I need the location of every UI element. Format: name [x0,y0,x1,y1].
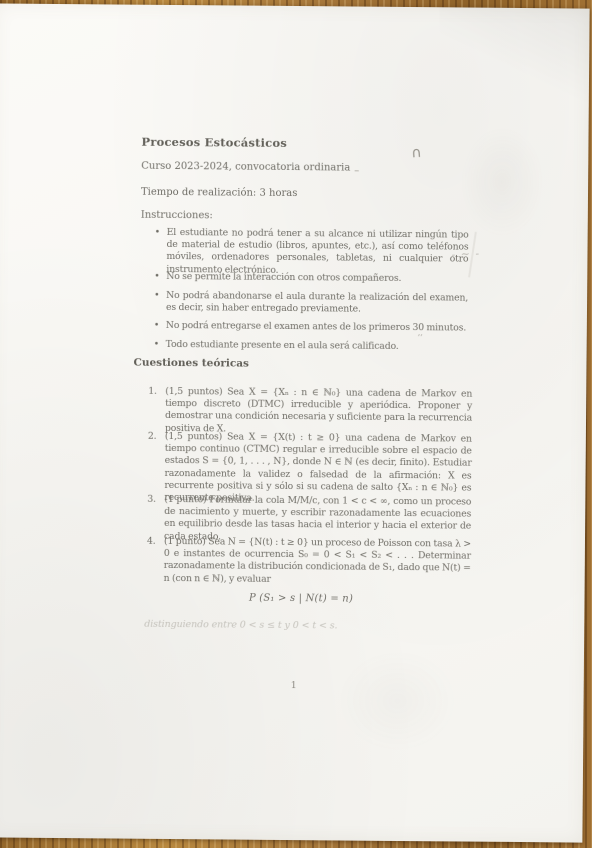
instruction-item: • No podrá abandonarse el aula durante l… [154,290,468,317]
question-item: 4. (1 punto) Sea N = {N(t) : t ≥ 0} un p… [147,536,471,588]
question-text: (1 punto) Sea N = {N(t) : t ≥ 0} un proc… [164,536,471,587]
bullet-icon: • [154,290,166,315]
exam-content: Procesos Estocásticos Curso 2023-2024, c… [0,0,592,848]
page-title: Procesos Estocásticos [141,135,287,150]
photo-of-exam-sheet: { "doc": { "title": "Procesos Estocástic… [0,0,592,848]
photo-smudge [327,640,468,761]
exam-paper: Procesos Estocásticos Curso 2023-2024, c… [0,3,590,842]
page-number: 1 [0,677,590,693]
instruction-item: • No se permite la interacción con otros… [154,271,468,286]
probability-formula: P (S₁ > s | N(t) = n) [138,592,463,606]
instruction-text: No podrá abandonarse el aula durante la … [166,290,468,317]
instructions-heading: Instrucciones: [141,210,213,222]
bullet-icon: • [154,339,166,351]
bullet-icon: • [154,320,166,332]
pencil-squiggle-mark: - ~ - [451,247,480,261]
course-line: Curso 2023-2024, convocatoria ordinaria [141,161,350,174]
question-number: 4. [147,536,164,585]
question-text: (1,5 puntos) Sea X = {Xₙ : n ∈ ℕ₀} una c… [165,386,472,437]
bullet-icon: • [154,227,166,276]
instruction-text: Todo estudiante presente en el aula será… [166,339,468,354]
question-item: 1. (1,5 puntos) Sea X = {Xₙ : n ∈ ℕ₀} un… [148,386,472,438]
instruction-text: No se permite la interacción con otros c… [166,271,468,286]
instruction-item: • Todo estudiante presente en el aula se… [154,339,468,354]
pencil-caret-mark: ∩ [411,145,422,162]
pencil-dash-mark: – [354,166,359,177]
case-note: distinguiendo entre 0 < s ≤ t y 0 < t < … [144,619,337,632]
section-heading: Cuestiones teóricas [133,357,249,370]
stray-ink-mark: ,, [418,328,423,337]
question-number: 1. [148,386,165,435]
photo-smudge [457,121,548,242]
bullet-icon: • [154,271,166,283]
duration-line: Tiempo de realización: 3 horas [141,187,297,199]
